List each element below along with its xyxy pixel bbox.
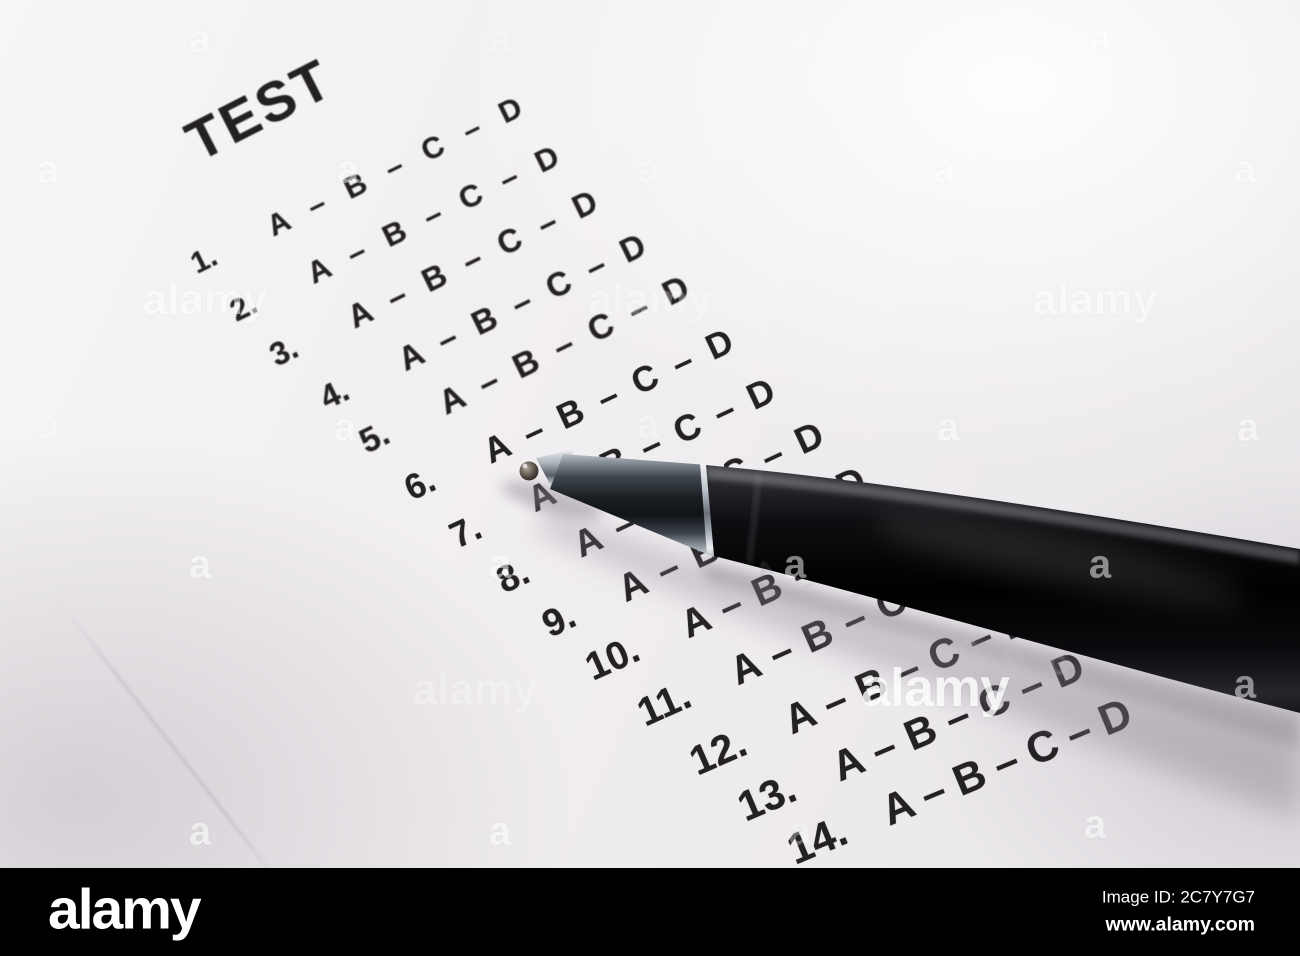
alamy-logo: alamy xyxy=(48,876,200,942)
watermark-a: a xyxy=(1089,543,1111,588)
question-number: 9. xyxy=(536,595,582,646)
question-number: 10. xyxy=(579,628,646,689)
watermark-a: a xyxy=(489,18,511,63)
watermark-a: a xyxy=(1084,803,1106,848)
watermark-a: a xyxy=(37,403,59,448)
answer-sheet-photo: TEST 1.A – B – C – D2.A – B – C – D3.A –… xyxy=(0,0,1300,868)
paper-crease-line xyxy=(56,598,270,868)
question-number: 13. xyxy=(731,764,803,830)
question-number: 1. xyxy=(186,240,223,281)
question-number: 8. xyxy=(490,551,535,601)
watermark-alamy: alamy xyxy=(413,665,538,715)
pen-ball-glint xyxy=(523,464,528,469)
watermark-a: a xyxy=(1234,148,1256,193)
watermark-a: a xyxy=(189,543,211,588)
watermark-a: a xyxy=(934,148,956,193)
question-number: 12. xyxy=(683,719,754,784)
question-number: 11. xyxy=(631,673,698,735)
question-number: 2. xyxy=(224,285,263,328)
watermark-alamy: alamy xyxy=(1033,275,1158,325)
watermark-a: a xyxy=(1089,18,1111,63)
question-number: 7. xyxy=(443,506,488,556)
question-number: 5. xyxy=(353,414,395,461)
watermark-a: a xyxy=(489,810,511,855)
sheet-title: TEST xyxy=(175,45,343,173)
footer-info: Image ID: 2C7Y7G7 www.alamy.com xyxy=(1102,886,1255,939)
footer-bar: alamy Image ID: 2C7Y7G7 www.alamy.com xyxy=(0,868,1300,956)
watermark-a: a xyxy=(189,810,211,855)
watermark-a: a xyxy=(1237,406,1259,451)
question-number: 3. xyxy=(264,329,304,373)
question-number: 14. xyxy=(781,807,855,868)
stock-photo-frame: TEST 1.A – B – C – D2.A – B – C – D3.A –… xyxy=(0,0,1300,956)
watermark-a: a xyxy=(1234,663,1256,708)
watermark-a: a xyxy=(37,148,59,193)
watermark-a: a xyxy=(637,148,659,193)
watermark-a: a xyxy=(937,406,959,451)
watermark-a: a xyxy=(189,18,211,63)
alamy-url: www.alamy.com xyxy=(1102,910,1255,938)
image-id-text: Image ID: 2C7Y7G7 xyxy=(1102,886,1255,911)
question-number: 6. xyxy=(399,461,442,509)
question-number: 4. xyxy=(314,370,355,415)
watermark-a: a xyxy=(789,18,811,63)
